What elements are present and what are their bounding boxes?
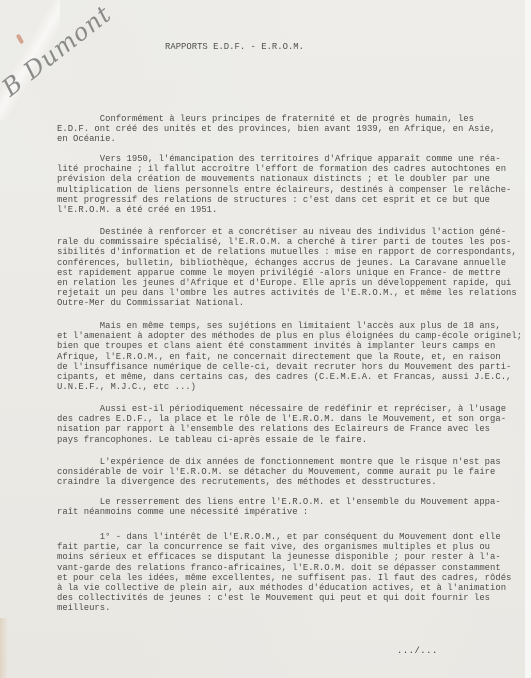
text-line: est rapidement apparue comme le moyen pr… bbox=[57, 268, 517, 278]
paragraph: L'expérience de dix années de fonctionne… bbox=[57, 457, 517, 488]
text-line: craindre la divergence des recrutements,… bbox=[57, 477, 517, 487]
text-line: de l'insuffisance numérique de celle-ci,… bbox=[57, 362, 517, 372]
continuation-mark: .../... bbox=[397, 646, 438, 656]
handwritten-annotation: B Dumont bbox=[0, 0, 117, 102]
text-line: rale du commissaire spécialisé, l'E.R.O.… bbox=[57, 237, 517, 247]
text-line: moins sérieux et efficaces se disputant … bbox=[57, 552, 517, 562]
text-line: en Océanie. bbox=[57, 134, 517, 144]
text-line: Conformément à leurs principes de frater… bbox=[57, 114, 517, 124]
text-line: prévision dela création de mouvements na… bbox=[57, 174, 517, 184]
text-line: à la vie collective de plein air, aux mé… bbox=[57, 583, 517, 593]
text-line: cipants, et même, dans certains cas, des… bbox=[57, 372, 517, 382]
scan-border bbox=[525, 0, 531, 678]
paragraph: Le resserrement des liens entre l'E.R.O.… bbox=[57, 497, 517, 517]
paper-edge-shadow bbox=[0, 618, 8, 678]
text-line: 1° - dans l'intérêt de l'E.R.O.M., et pa… bbox=[57, 532, 517, 542]
text-line: sibilités d'information et de relations … bbox=[57, 247, 517, 257]
text-line: et pour cela les idées, même excellentes… bbox=[57, 573, 517, 583]
text-line: bien que troupes et clans aient été cons… bbox=[57, 341, 517, 351]
paragraph: Aussi est-il périodiquement nécessaire d… bbox=[57, 404, 517, 445]
text-line: L'expérience de dix années de fonctionne… bbox=[57, 457, 517, 467]
text-line: U.N.E.F., M.J.C., etc ...) bbox=[57, 382, 517, 392]
document-title: RAPPORTS E.D.F. - E.R.O.M. bbox=[165, 42, 304, 52]
paragraph: Mais en même temps, ses sujétions en lim… bbox=[57, 321, 517, 392]
text-line: des cadres E.D.F., la place et le rôle d… bbox=[57, 414, 517, 424]
text-line: des collectivités de jeunes : c'est le M… bbox=[57, 593, 517, 603]
text-line: Outre-Mer du Commissariat National. bbox=[57, 298, 517, 308]
document-page: B Dumont RAPPORTS E.D.F. - E.R.O.M. Conf… bbox=[0, 0, 525, 678]
paragraph: Vers 1950, l'émancipation des territoire… bbox=[57, 154, 517, 215]
text-line: et l'amenaient à adopter des méthodes de… bbox=[57, 331, 517, 341]
text-line: ment progressif des relations de structu… bbox=[57, 195, 517, 205]
text-line: l'E.R.O.M. a été créé en 1951. bbox=[57, 205, 517, 215]
text-line: nisation par rapport à l'ensemble des re… bbox=[57, 424, 517, 434]
text-line: vant-garde des relations franco-africain… bbox=[57, 563, 517, 573]
text-line: Afrique, l'E.R.O.M., en fait, ne concern… bbox=[57, 352, 517, 362]
text-line: E.D.F. ont créé des unités et des provin… bbox=[57, 124, 517, 134]
text-line: considérable de voir l'E.R.O.M. se détac… bbox=[57, 467, 517, 477]
text-line: conférences, bulletin, bibliothèque, éch… bbox=[57, 258, 517, 268]
text-line: Le resserrement des liens entre l'E.R.O.… bbox=[57, 497, 517, 507]
text-line: Aussi est-il périodiquement nécessaire d… bbox=[57, 404, 517, 414]
text-line: fait partie, car la concurrence se fait … bbox=[57, 542, 517, 552]
text-line: multiplication de liens personnels entre… bbox=[57, 185, 517, 195]
text-line: en relation les jeunes d'Afrique et d'Eu… bbox=[57, 278, 517, 288]
paragraph: 1° - dans l'intérêt de l'E.R.O.M., et pa… bbox=[57, 532, 517, 614]
text-line: raît néanmoins comme une nécessité impér… bbox=[57, 507, 517, 517]
text-line: lité prochaine ; il fallut accroître l'e… bbox=[57, 164, 517, 174]
text-line: Vers 1950, l'émancipation des territoire… bbox=[57, 154, 517, 164]
text-line: meilleurs. bbox=[57, 603, 517, 613]
text-line: Destinée à renforcer et a concrétiser au… bbox=[57, 227, 517, 237]
text-line: Mais en même temps, ses sujétions en lim… bbox=[57, 321, 517, 331]
text-line: rejetait un peu dans l'ombre les autres … bbox=[57, 288, 517, 298]
paragraph: Conformément à leurs principes de frater… bbox=[57, 114, 517, 145]
paragraph: Destinée à renforcer et a concrétiser au… bbox=[57, 227, 517, 309]
text-line: pays francophones. Le tableau ci-après e… bbox=[57, 435, 517, 445]
paper-stain bbox=[16, 34, 24, 45]
